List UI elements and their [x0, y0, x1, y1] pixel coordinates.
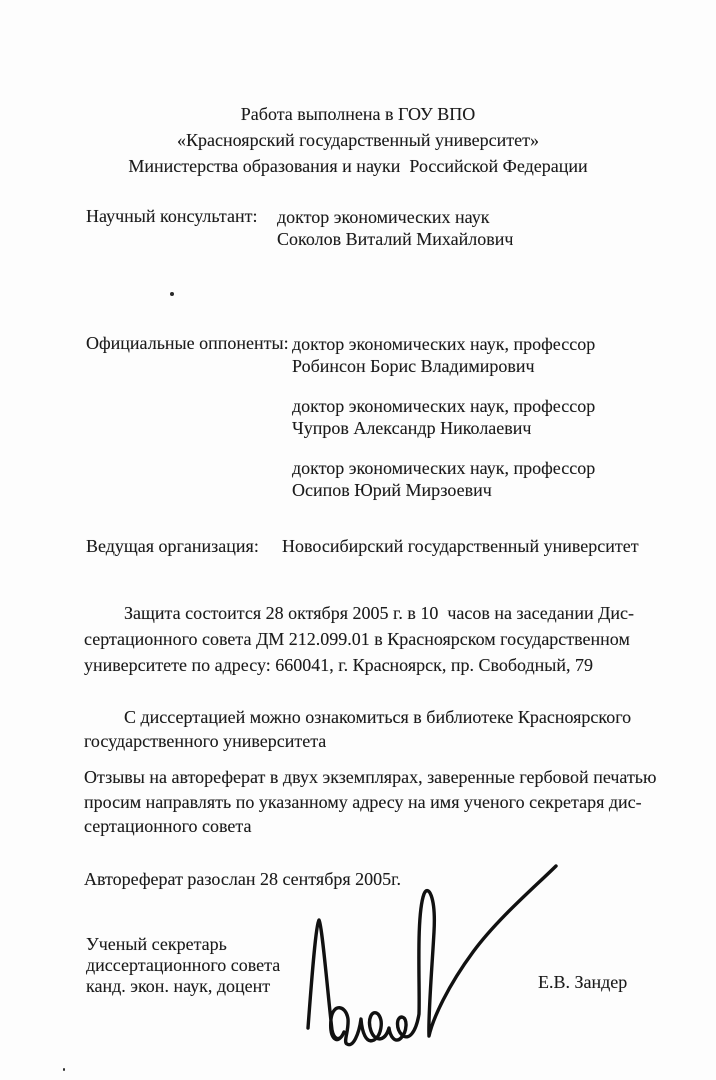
opponent-entry: доктор экономических наук, профессор Оси…: [292, 457, 595, 501]
consultant-name: Соколов Виталий Михайлович: [277, 228, 513, 250]
signature-name: Е.В. Зандер: [538, 972, 627, 993]
consultant-value: доктор экономических наук Соколов Витали…: [277, 206, 513, 250]
leading-org-value: Новосибирский государственный университе…: [282, 536, 639, 557]
header-line: Работа выполнена в ГОУ ВПО: [0, 101, 716, 127]
secretary-line: канд. экон. наук, доцент: [86, 976, 280, 997]
paragraph-line: университете по адресу: 660041, г. Красн…: [84, 652, 634, 678]
reviews-paragraph: Отзывы на автореферат в двух экземплярах…: [84, 765, 656, 839]
paragraph-line: С диссертацией можно ознакомиться в библ…: [84, 705, 631, 729]
opponent-degree: доктор экономических наук, профессор: [292, 395, 595, 417]
secretary-block: Ученый секретарь диссертационного совета…: [86, 934, 280, 997]
consultant-degree: доктор экономических наук: [277, 206, 513, 228]
secretary-line: диссертационного совета: [86, 955, 280, 976]
opponents-label: Официальные оппоненты:: [86, 333, 289, 354]
opponent-name: Осипов Юрий Мирзоевич: [292, 479, 595, 501]
secretary-line: Ученый секретарь: [86, 934, 280, 955]
defense-paragraph: Защита состоится 28 октября 2005 г. в 10…: [84, 600, 634, 678]
signature-image: [298, 856, 568, 1058]
scan-speck: [170, 292, 174, 296]
library-paragraph: С диссертацией можно ознакомиться в библ…: [84, 705, 631, 753]
opponent-degree: доктор экономических наук, профессор: [292, 457, 595, 479]
paragraph-line: Отзывы на автореферат в двух экземплярах…: [84, 765, 656, 790]
paragraph-line: просим направлять по указанному адресу н…: [84, 790, 656, 815]
header-line: «Красноярский государственный университе…: [0, 127, 716, 153]
opponent-entry: доктор экономических наук, профессор Чуп…: [292, 395, 595, 439]
opponent-entry: доктор экономических наук, профессор Роб…: [292, 333, 595, 377]
paragraph-line: Защита состоится 28 октября 2005 г. в 10…: [84, 600, 634, 626]
paragraph-line: сертационного совета: [84, 814, 656, 839]
consultant-label: Научный консультант:: [86, 206, 258, 227]
opponent-degree: доктор экономических наук, профессор: [292, 333, 595, 355]
paragraph-line: государственного университета: [84, 729, 631, 753]
header-block: Работа выполнена в ГОУ ВПО «Красноярский…: [0, 101, 716, 179]
opponent-name: Робинсон Борис Владимирович: [292, 355, 595, 377]
header-line: Министерства образования и науки Российс…: [0, 153, 716, 179]
scan-speck: [63, 1068, 65, 1071]
paragraph-line: сертационного совета ДМ 212.099.01 в Кра…: [84, 626, 634, 652]
leading-org-label: Ведущая организация:: [86, 536, 259, 557]
document-page: Работа выполнена в ГОУ ВПО «Красноярский…: [0, 0, 716, 1080]
opponent-name: Чупров Александр Николаевич: [292, 417, 595, 439]
